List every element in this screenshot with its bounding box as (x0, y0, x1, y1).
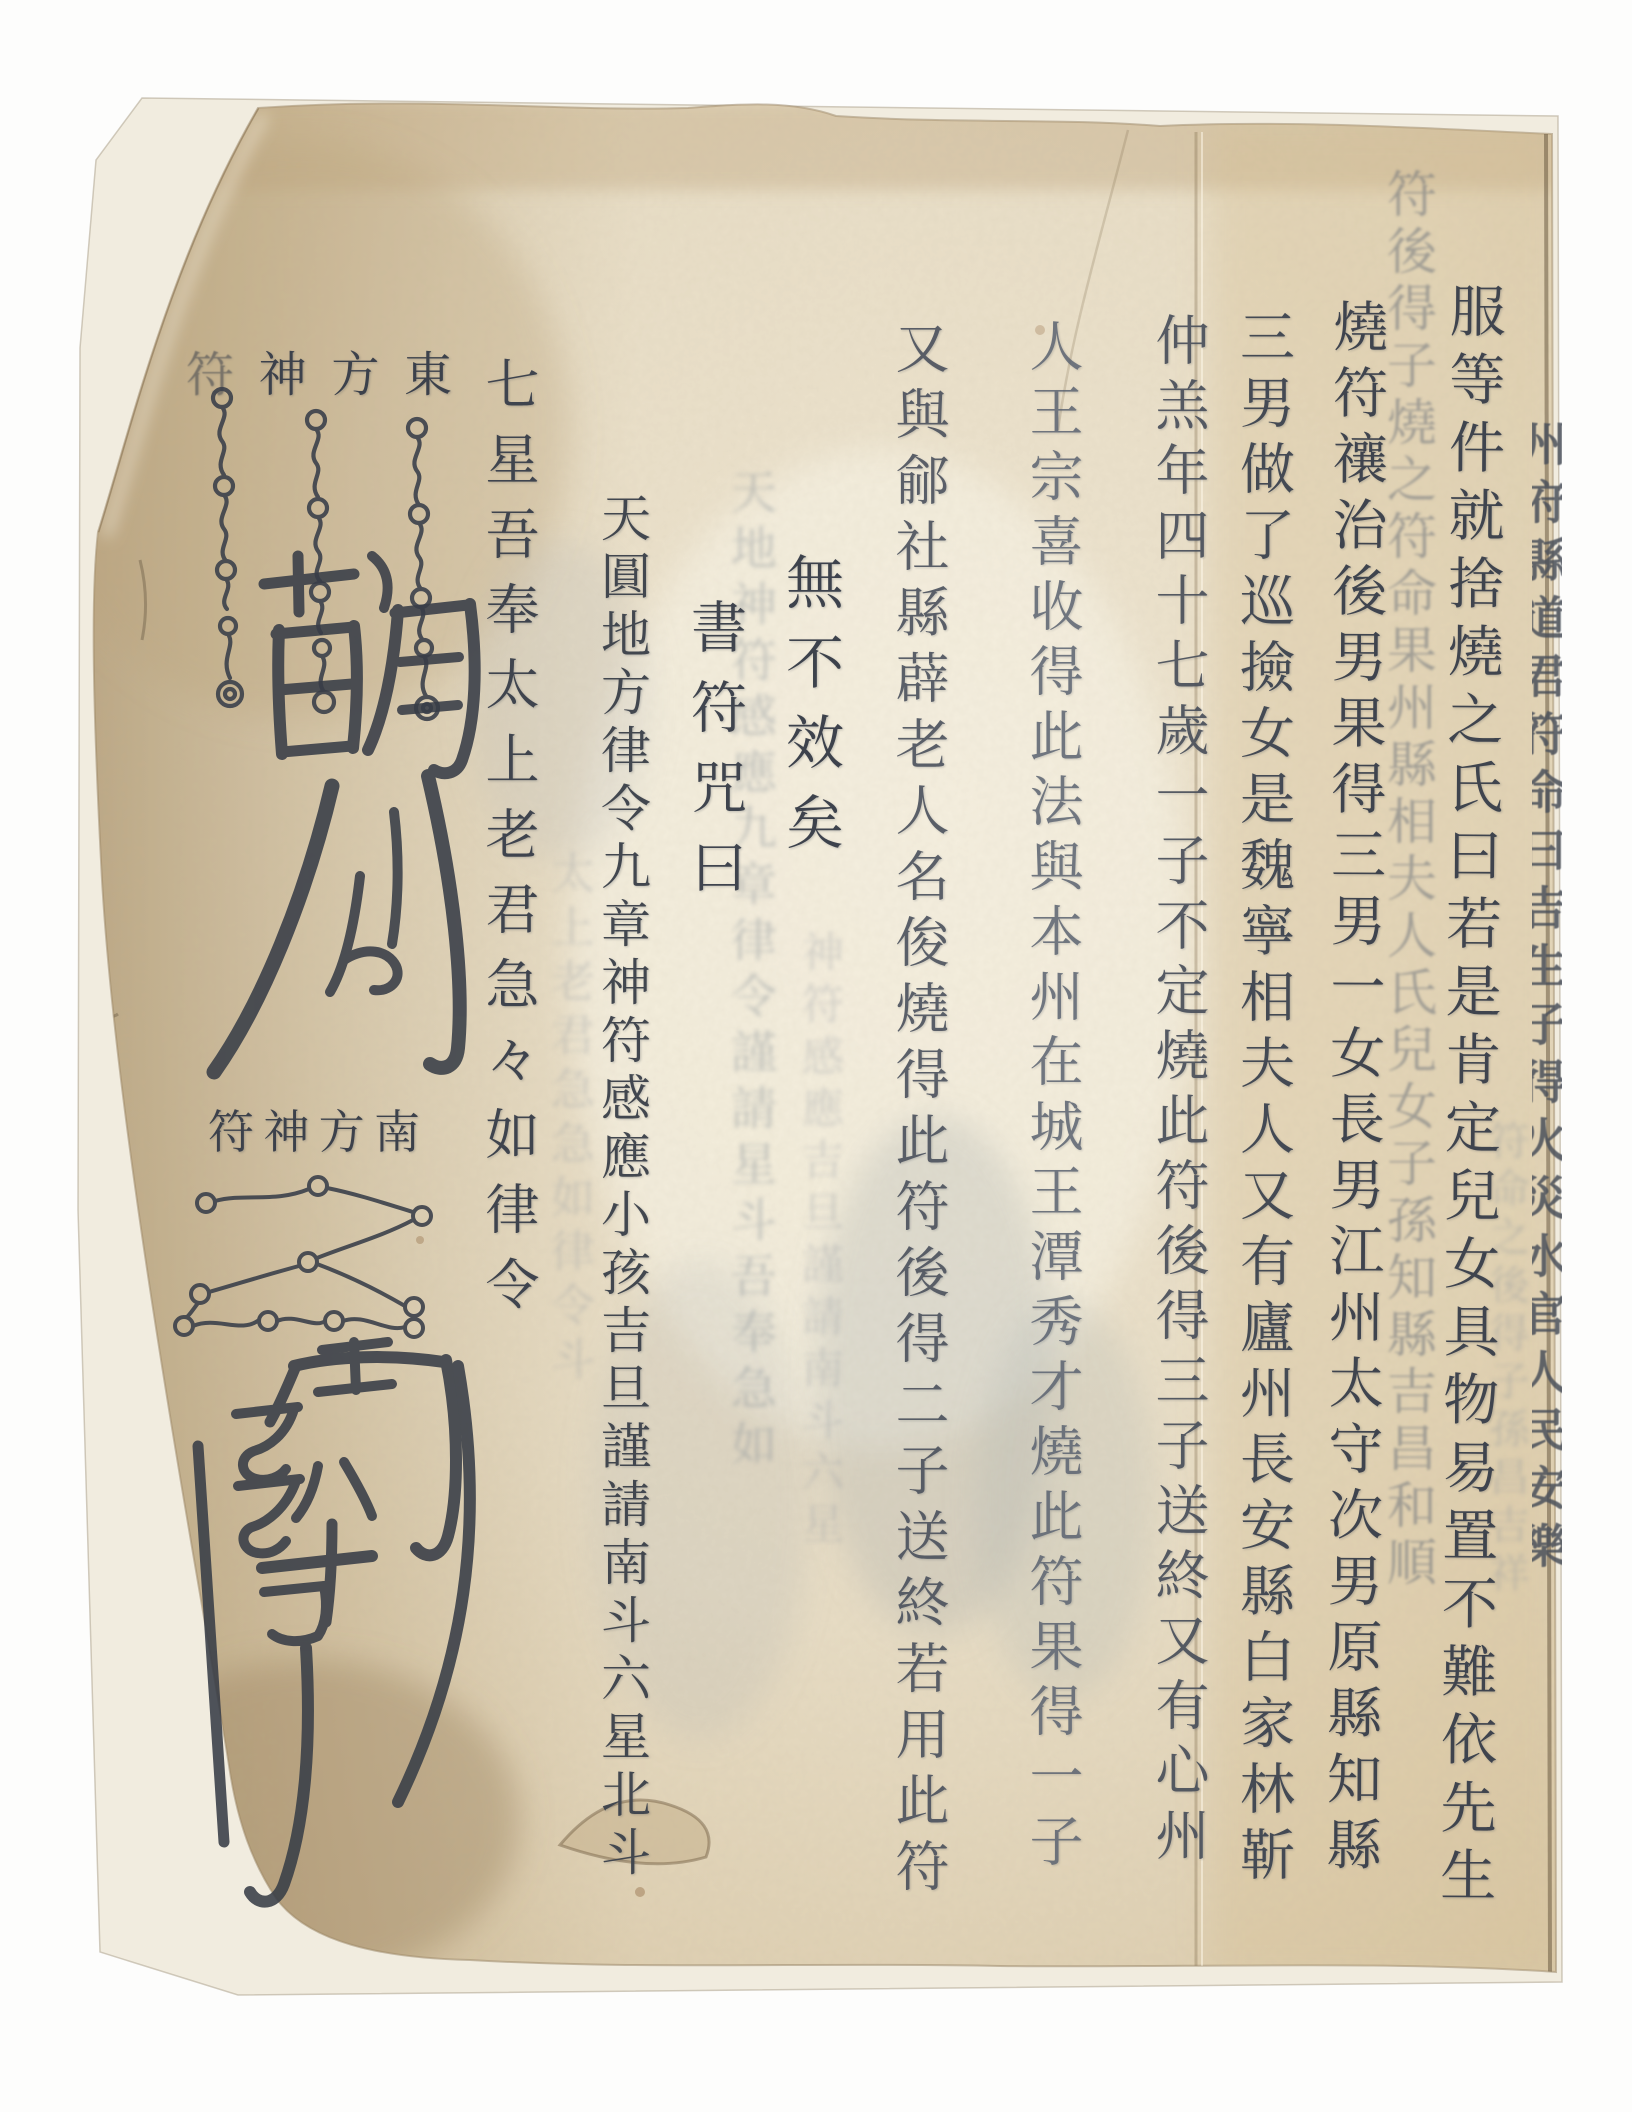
text-layer: 符後得子燒之符命果州縣相夫人氏兒女子孫知縣吉昌和順 天地神符感應九章律令謹請星斗… (0, 0, 1632, 2112)
text-column-6: 又與鄃社縣薜老人名俊燒得此符後得二子送終若用此符 (880, 320, 957, 1904)
text-column-7: 無不效矣 (768, 552, 852, 872)
text-column-2: 燒符禳治後男果得三男一女長男江州太守次男原縣知縣 (1311, 298, 1397, 1882)
text-column-8: 書符咒曰 (674, 598, 754, 918)
talisman-south-label: 南方神符 (208, 1096, 420, 1162)
scan-background: 符後得子燒之符命果州縣相夫人氏兒女子孫知縣吉昌和順 天地神符感應九章律令謹請星斗… (0, 0, 1632, 2112)
talisman-east-label: 東方神符 (186, 336, 452, 405)
adjacent-page-edge: 州府縣道君符命曰吉生子得火災水官人民安樂 (1532, 420, 1562, 1920)
bleedthrough-column: 神符感應吉旦謹請南斗六星 (790, 930, 850, 1554)
text-column-5: 人王宗喜收得此法與本州在城王潭秀才燒此符果得一子 (1014, 318, 1091, 1878)
text-column-9: 天圓地方律令九章神符感應小孩吉旦謹請南斗六星北斗 (586, 492, 658, 1884)
text-column-3: 三男做了巡撿女是魏寧相夫人又有廬州長安縣白家林靳 (1224, 308, 1303, 1892)
text-column-4: 仲羔年四十七歲一子不定燒此符後得三子送終又有心州 (1140, 312, 1217, 1872)
adjacent-page-glyphs: 州府縣道君符命曰吉生子得火災水官人民安樂 (1532, 420, 1562, 1580)
text-column-1: 服等件就捨燒之氏曰若是肯定兒女具物易置不難依先生 (1423, 282, 1513, 1914)
text-column-10: 七星吾奉太上老君急々如律令 (470, 356, 547, 1331)
